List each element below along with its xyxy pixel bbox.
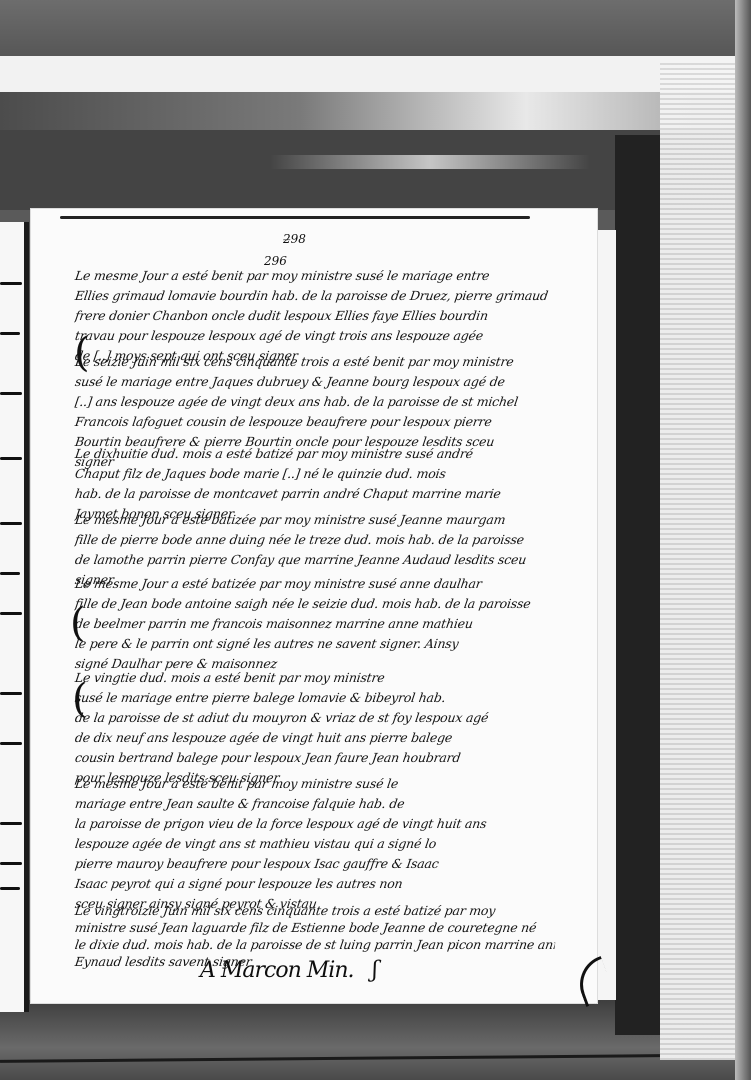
adjacent-page-edge (0, 222, 29, 1012)
entry-line: le dixie dud. mois hab. de la paroisse d… (74, 936, 556, 953)
ink-stub (0, 862, 22, 865)
minister-signature: A Marcon Min. (200, 958, 354, 983)
entry-line: travau pour lespouze lespoux agé de ving… (74, 326, 557, 346)
ink-stub (0, 742, 22, 745)
entry-line: ministre susé Jean laguarde filz de Esti… (74, 919, 556, 936)
microfilm-background-mid-band (0, 92, 751, 132)
entry-line: Le vingtroizie Juin mil six cens cinquan… (74, 902, 556, 919)
entry-line: hab. de la paroisse de montcavet parrin … (74, 484, 557, 504)
microfilm-background-light-band (0, 56, 751, 96)
entry-line: Le mesme Jour a esté batizée par moy min… (74, 510, 557, 530)
signature-flourish: ʃ (372, 958, 378, 983)
entry-line: Isaac peyrot qui a signé pour lespouze l… (74, 874, 557, 894)
page-right-edge (598, 230, 616, 1000)
ink-stub (0, 887, 20, 890)
entry-line: Chaput filz de Jaques bode marie [..] né… (74, 464, 557, 484)
entry-line: cousin bertrand balege pour lespoux Jean… (74, 748, 557, 768)
register-entry-7: Le mesme Jour a esté benit par moy minis… (75, 774, 555, 914)
entry-line: susé le mariage entre pierre balege loma… (74, 688, 557, 708)
register-entry-6: Le vingtie dud. mois a esté benit par mo… (75, 668, 555, 788)
margin-bracket-mark: ( (70, 600, 86, 646)
entry-line: de dix neuf ans lespouze agée de vingt h… (74, 728, 557, 748)
ink-stub (0, 332, 20, 335)
entry-line: de beelmer parrin me francois maisonnez … (74, 614, 557, 634)
entry-line: [..] ans lespouze agée de vingt deux ans… (74, 392, 557, 412)
register-entry-5: Le mesme Jour a esté batizée par moy min… (75, 574, 555, 674)
entry-line: de la paroisse de st adiut du mouyron & … (74, 708, 557, 728)
folio-number-old: 2̶98 (283, 232, 306, 246)
ink-stub (0, 392, 22, 395)
entry-line: Le seizie Juin mil six cens cinquante tr… (74, 352, 557, 372)
ink-stub (0, 457, 22, 460)
binding-shadow (615, 135, 660, 1035)
entry-line: fille de pierre bode anne duing née le t… (74, 530, 557, 550)
entry-line: de lamothe parrin pierre Confay que marr… (74, 550, 557, 570)
margin-bracket-mark: ( (74, 330, 90, 376)
entry-line: frere donier Chanbon oncle dudit lespoux… (74, 306, 557, 326)
entry-line: Le mesme Jour a esté batizée par moy min… (74, 574, 557, 594)
ink-stub (0, 612, 22, 615)
entry-line: susé le mariage entre Jaques dubruey & J… (74, 372, 557, 392)
microfilm-background-top (0, 0, 751, 60)
entry-line: Francois lafoguet cousin de lespouze bea… (74, 412, 557, 432)
entry-line: Le mesme Jour a esté benit par moy minis… (74, 266, 557, 286)
ink-stub (0, 282, 22, 285)
ink-stub (0, 572, 20, 575)
entry-line: Le mesme Jour a esté benit par moy minis… (74, 774, 557, 794)
entry-line: le pere & le parrin ont signé les autres… (74, 634, 557, 654)
entry-line: la paroisse de prigon vieu de la force l… (74, 814, 557, 834)
microfilm-glare (270, 155, 590, 169)
entry-line: fille de Jean bode antoine saigh née le … (74, 594, 557, 614)
register-entry-1: Le mesme Jour a esté benit par moy minis… (75, 266, 555, 366)
microfilm-right-margin (660, 60, 740, 1060)
entry-line: Le dixhuitie dud. mois a esté batizé par… (74, 444, 557, 464)
margin-bracket-mark: ( (72, 676, 88, 722)
microfilm-right-edge (735, 0, 751, 1080)
top-ruled-line (60, 216, 530, 219)
ink-stub (0, 822, 22, 825)
ink-stub (0, 692, 22, 695)
entry-line: mariage entre Jean saulte & francoise fa… (74, 794, 557, 814)
entry-line: Le vingtie dud. mois a esté benit par mo… (74, 668, 557, 688)
entry-line: lespouze agée de vingt ans st mathieu vi… (74, 834, 557, 854)
entry-line: Ellies grimaud lomavie bourdin hab. de l… (74, 286, 557, 306)
entry-line: pierre mauroy beaufrere pour lespoux Isa… (74, 854, 557, 874)
ink-stub (0, 522, 22, 525)
